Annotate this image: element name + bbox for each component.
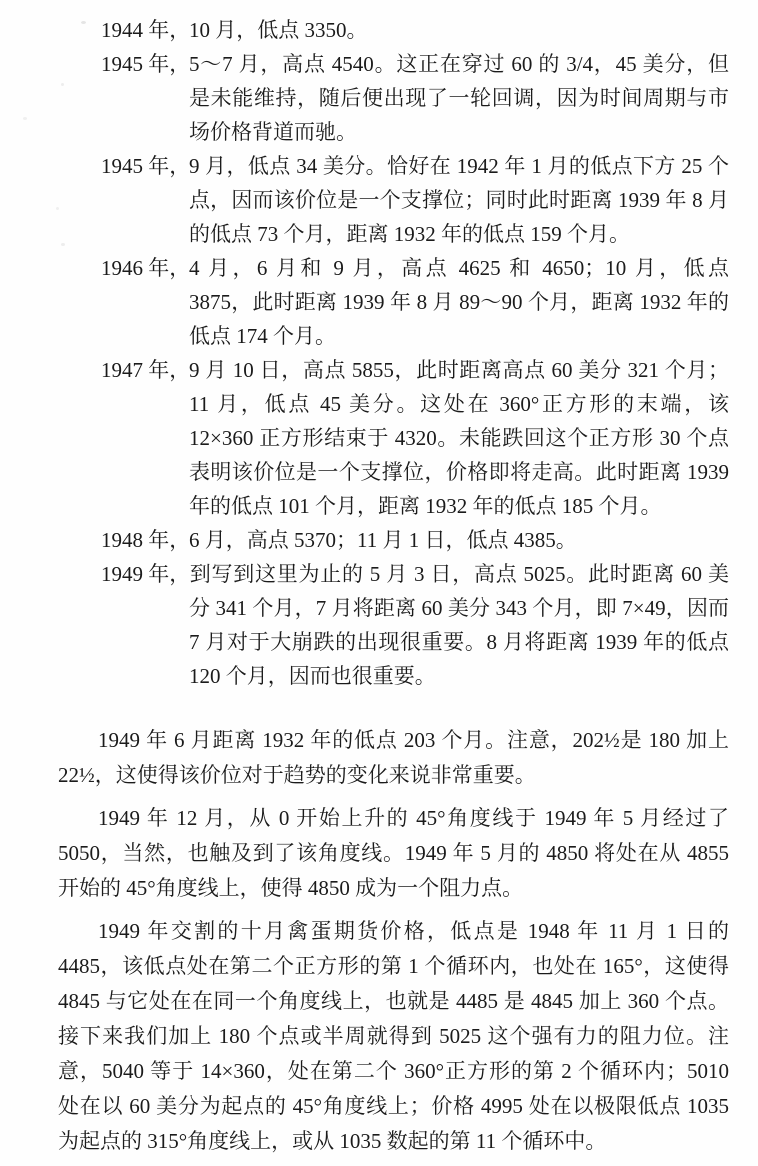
year-entry-1945b: 1945 年，9 月，低点 34 美分。恰好在 1942 年 1 月的低点下方 … [101, 149, 729, 251]
year-entry-1949: 1949 年，到写到这里为止的 5 月 3 日，高点 5025。此时距离 60 … [101, 557, 729, 693]
year-entry-1948: 1948 年，6 月，高点 5370；11 月 1 日，低点 4385。 [101, 523, 729, 557]
scan-speck [61, 83, 64, 86]
scan-speck [61, 243, 65, 246]
year-entry-label: 1944 年， [101, 13, 189, 47]
year-entry-text: 4 月，6 月和 9 月，高点 4625 和 4650；10 月，低点 3875… [189, 256, 729, 348]
year-entry-1944: 1944 年，10 月，低点 3350。 [101, 13, 729, 47]
commentary-paragraph-1: 1949 年 6 月距离 1932 年的低点 203 个月。注意，202½是 1… [58, 723, 729, 793]
year-entry-1945a: 1945 年，5～7 月，高点 4540。这正在穿过 60 的 3/4，45 美… [101, 47, 729, 149]
year-entry-text: 10 月，低点 3350。 [189, 18, 368, 42]
year-entry-label: 1946 年， [101, 251, 189, 285]
scan-speck [81, 21, 86, 24]
year-entry-1946: 1946 年，4 月，6 月和 9 月，高点 4625 和 4650；10 月，… [101, 251, 729, 353]
commentary-section: 1949 年 6 月距离 1932 年的低点 203 个月。注意，202½是 1… [58, 723, 729, 1159]
year-entry-text: 9 月 10 日，高点 5855，此时距离高点 60 美分 321 个月；11 … [189, 358, 729, 518]
commentary-paragraph-3: 1949 年交割的十月禽蛋期货价格，低点是 1948 年 11 月 1 日的 4… [58, 914, 729, 1159]
year-entry-label: 1945 年， [101, 47, 189, 81]
year-entry-label: 1947 年， [101, 353, 189, 387]
scan-speck [56, 207, 59, 210]
year-entries-section: 1944 年，10 月，低点 3350。 1945 年，5～7 月，高点 454… [101, 13, 729, 693]
year-entry-text: 9 月，低点 34 美分。恰好在 1942 年 1 月的低点下方 25 个点，因… [189, 154, 729, 246]
year-entry-label: 1949 年， [101, 557, 189, 591]
scan-speck [23, 117, 27, 120]
book-page: 1944 年，10 月，低点 3350。 1945 年，5～7 月，高点 454… [0, 0, 758, 1166]
year-entry-label: 1948 年， [101, 523, 189, 557]
year-entry-text: 5～7 月，高点 4540。这正在穿过 60 的 3/4，45 美分，但是未能维… [189, 52, 729, 144]
year-entry-label: 1945 年， [101, 149, 189, 183]
commentary-paragraph-2: 1949 年 12 月，从 0 开始上升的 45°角度线于 1949 年 5 月… [58, 801, 729, 906]
year-entry-1947: 1947 年，9 月 10 日，高点 5855，此时距离高点 60 美分 321… [101, 353, 729, 523]
year-entry-text: 到写到这里为止的 5 月 3 日，高点 5025。此时距离 60 美分 341 … [189, 562, 729, 688]
year-entry-text: 6 月，高点 5370；11 月 1 日，低点 4385。 [189, 528, 577, 552]
